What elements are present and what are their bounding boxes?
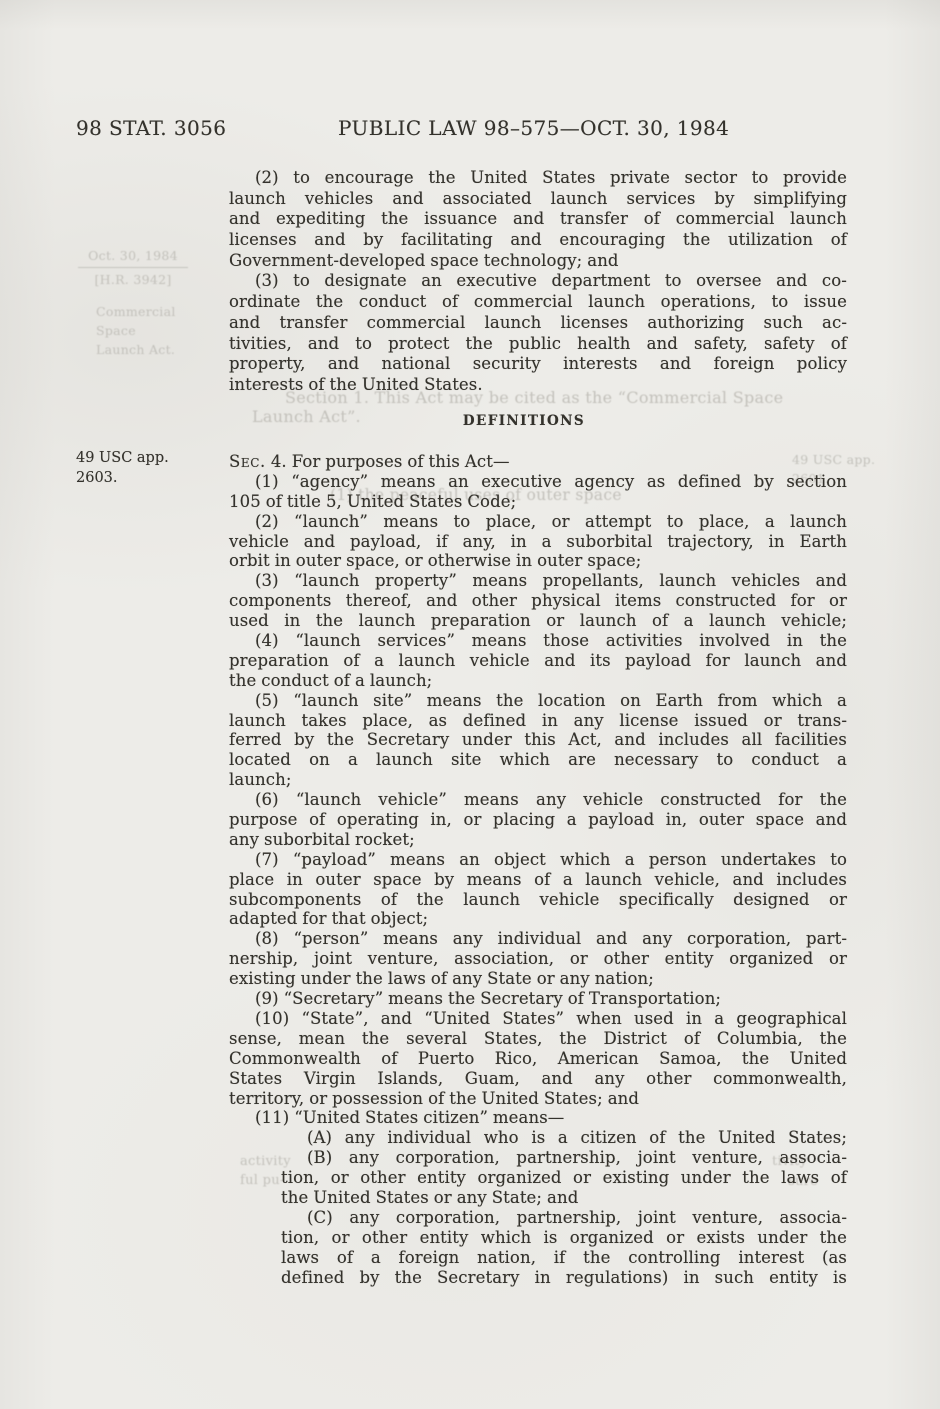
- statute-line: ordinate the conduct of commercial launc…: [229, 292, 847, 313]
- statute-line: located on a launch site which are neces…: [229, 750, 847, 770]
- statute-line: laws of a foreign nation, if the control…: [229, 1248, 847, 1268]
- statute-line: (2) to encourage the United States priva…: [229, 168, 847, 189]
- bleedthrough-text: [H.R. 3942]: [78, 267, 188, 289]
- statute-line: launch;: [229, 770, 847, 790]
- statute-line: (5) “launch site” means the location on …: [229, 691, 847, 711]
- statute-line: (3) to designate an executive department…: [229, 271, 847, 292]
- statute-line: 105 of title 5, United States Code;: [229, 492, 847, 512]
- definitions-heading: DEFINITIONS: [215, 413, 833, 429]
- statute-line: launch vehicles and associated launch se…: [229, 189, 847, 210]
- statute-line: subcomponents of the launch vehicle spec…: [229, 890, 847, 910]
- statute-line: (6) “launch vehicle” means any vehicle c…: [229, 790, 847, 810]
- statute-line: (B) any corporation, partnership, joint …: [229, 1148, 847, 1168]
- statute-line: and expediting the issuance and transfer…: [229, 209, 847, 230]
- statute-line: Commonwealth of Puerto Rico, American Sa…: [229, 1049, 847, 1069]
- statute-line: tion, or other entity which is organized…: [229, 1228, 847, 1248]
- statute-line: orbit in outer space, or otherwise in ou…: [229, 551, 847, 571]
- page-law-title: PUBLIC LAW 98–575—OCT. 30, 1984: [338, 116, 729, 140]
- statute-line: adapted for that object;: [229, 909, 847, 929]
- bleedthrough-text: Commercial Space Launch Act.: [96, 302, 206, 359]
- statute-line: preparation of a launch vehicle and its …: [229, 651, 847, 671]
- statute-line: the United States or any State; and: [229, 1188, 847, 1208]
- statute-line: (2) “launch” means to place, or attempt …: [229, 512, 847, 532]
- statute-line: (1) “agency” means an executive agency a…: [229, 472, 847, 492]
- statute-line: Government-developed space technology; a…: [229, 251, 847, 272]
- statute-line: (3) “launch property” means propellants,…: [229, 571, 847, 591]
- statute-line: purpose of operating in, or placing a pa…: [229, 810, 847, 830]
- statute-line: tivities, and to protect the public heal…: [229, 334, 847, 355]
- statute-line: defined by the Secretary in regulations)…: [229, 1268, 847, 1288]
- statute-line: (7) “payload” means an object which a pe…: [229, 850, 847, 870]
- statute-line: and transfer commercial launch licenses …: [229, 313, 847, 334]
- bleedthrough-text: Oct. 30, 1984: [78, 246, 188, 265]
- statute-line: sense, mean the several States, the Dist…: [229, 1029, 847, 1049]
- statute-line: nership, joint venture, association, or …: [229, 949, 847, 969]
- statute-line: (4) “launch services” means those activi…: [229, 631, 847, 651]
- statute-line: vehicle and payload, if any, in a suborb…: [229, 532, 847, 552]
- statute-line: (C) any corporation, partnership, joint …: [229, 1208, 847, 1228]
- section-number-label: Sec.: [229, 452, 266, 471]
- statute-line: territory, or possession of the United S…: [229, 1089, 847, 1109]
- margin-note-usc-citation: 49 USC app. 2603.: [76, 449, 226, 488]
- statute-line: used in the launch preparation or launch…: [229, 611, 847, 631]
- statute-line: property, and national security interest…: [229, 354, 847, 375]
- page-stat-number: 98 STAT. 3056: [76, 116, 226, 140]
- definitions-text-block: Sec. 4. For purposes of this Act—(1) “ag…: [229, 452, 847, 1287]
- statute-line: any suborbital rocket;: [229, 830, 847, 850]
- statute-line: (9) “Secretary” means the Secretary of T…: [229, 989, 847, 1009]
- statute-line: (A) any individual who is a citizen of t…: [229, 1128, 847, 1148]
- statute-line: ferred by the Secretary under this Act, …: [229, 730, 847, 750]
- statute-line: tion, or other entity organized or exist…: [229, 1168, 847, 1188]
- statute-line: place in outer space by means of a launc…: [229, 870, 847, 890]
- purposes-text-block: (2) to encourage the United States priva…: [229, 168, 847, 396]
- statute-line: components thereof, and other physical i…: [229, 591, 847, 611]
- statute-line: (8) “person” means any individual and an…: [229, 929, 847, 949]
- statute-line: interests of the United States.: [229, 375, 847, 396]
- statute-line: launch takes place, as defined in any li…: [229, 711, 847, 731]
- scanned-statute-page: Oct. 30, 1984[H.R. 3942]Commercial Space…: [0, 0, 940, 1409]
- statute-line: existing under the laws of any State or …: [229, 969, 847, 989]
- statute-line: the conduct of a launch;: [229, 671, 847, 691]
- statute-line: Sec. 4. For purposes of this Act—: [229, 452, 847, 472]
- statute-line: (10) “State”, and “United States” when u…: [229, 1009, 847, 1029]
- statute-line: States Virgin Islands, Guam, and any oth…: [229, 1069, 847, 1089]
- statute-line: licenses and by facilitating and encoura…: [229, 230, 847, 251]
- statute-line: (11) “United States citizen” means—: [229, 1108, 847, 1128]
